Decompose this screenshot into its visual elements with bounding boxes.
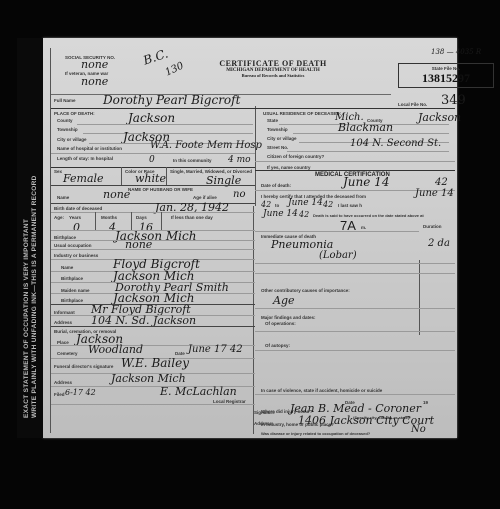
rule: [51, 108, 455, 109]
attended-from-year: 42: [261, 200, 271, 209]
death-occurred-text: Death is said to have occurred on the da…: [313, 213, 424, 218]
rule: [255, 161, 455, 162]
rule: [131, 212, 132, 230]
spouse-age: no: [233, 189, 245, 200]
rule: [255, 273, 455, 274]
residence-state-label: State: [267, 118, 278, 123]
citizen-label: Citizen of foreign country?: [267, 154, 324, 159]
rule: [51, 326, 255, 327]
rule: [51, 249, 255, 250]
funeral-director-address: Jackson Mich: [111, 372, 186, 385]
spouse-name: none: [103, 188, 130, 201]
registrar-signature: E. McLachlan: [160, 385, 237, 398]
certificate-title-block: CERTIFICATE OF DEATH MICHIGAN DEPARTMENT…: [193, 59, 353, 78]
deceased-name: Dorothy Pearl Bigcroft: [103, 93, 240, 107]
stay-hospital-value: 0: [149, 155, 155, 165]
date-of-death-year: 42: [435, 177, 448, 188]
age-under-day-label: If less than one day: [171, 215, 213, 220]
mother-birthplace-label: Birthplace: [61, 298, 83, 303]
state-file-box: State File No. 13815297: [398, 63, 494, 88]
age-label: Age:: [54, 215, 64, 220]
rule: [255, 350, 455, 351]
death-county-label: County: [57, 118, 73, 123]
sex-value: Female: [63, 172, 104, 185]
signature-label: Signature: [254, 410, 275, 415]
rule: [287, 151, 449, 152]
margin-note-permanent: WRITE PLAINLY WITH UNFADING INK—THIS IS …: [31, 58, 39, 418]
industry-label: Industry or business: [54, 253, 98, 258]
age-months-label: Months: [101, 215, 117, 220]
spouse-section-label: NAME OF HUSBAND OR WIFE: [128, 187, 193, 192]
rule: [51, 240, 255, 241]
stay-community-value: 4 mo: [228, 155, 251, 165]
spouse-name-label: Name: [57, 195, 69, 200]
full-name-label: Full Name: [54, 98, 76, 103]
violence-label: In case of violence, state if accident, …: [261, 388, 382, 393]
rule: [293, 133, 449, 134]
death-certificate: EXACT STATEMENT OF OCCUPATION IS VERY IM…: [43, 38, 457, 438]
local-file-number: 349: [441, 93, 466, 108]
stay-hospital-label: Length of stay: In hospital: [57, 156, 113, 161]
death-township-label: Township: [57, 127, 78, 132]
cemetery-label: Cemetery: [57, 351, 78, 356]
age-days-label: Days: [136, 215, 147, 220]
informant-address-label: Address: [54, 320, 72, 325]
bureau-name: Bureau of Records and Statistics: [193, 73, 353, 78]
rule: [51, 167, 255, 168]
attended-to-year: 42: [323, 200, 333, 209]
stay-community-label: In this community: [173, 158, 212, 163]
margin-strip: EXACT STATEMENT OF OCCUPATION IS VERY IM…: [17, 38, 43, 438]
immediate-cause-note: (Lobar): [319, 250, 357, 261]
rule: [51, 404, 255, 405]
operations-label: Of operations:: [265, 321, 296, 326]
funeral-director-address-label: Address: [54, 380, 72, 385]
duration-column-line: [419, 260, 420, 335]
violence-year-label: 19: [423, 400, 428, 405]
autopsy-label: Of autopsy:: [265, 343, 290, 348]
attended-from: June 14: [415, 188, 454, 199]
certifier-address: 1406 Jackson City Court: [298, 414, 434, 427]
duration-label: Duration: [423, 224, 442, 229]
rule: [166, 167, 167, 185]
annotation-number: 130: [164, 60, 186, 78]
hospital-label: Name of hospital or institution: [57, 146, 122, 151]
contributory-cause: Age: [273, 294, 295, 307]
attended-to: June 14: [288, 198, 323, 208]
age-years-label: Years: [69, 215, 81, 220]
certificate-title: CERTIFICATE OF DEATH: [193, 59, 353, 68]
rule: [255, 331, 455, 332]
margin-note-occupation: EXACT STATEMENT OF OCCUPATION IS VERY IM…: [23, 58, 31, 418]
rule: [121, 167, 122, 185]
residence-street: 104 N. Second St.: [350, 138, 441, 149]
annotation-bc: B.C.: [141, 46, 169, 67]
father-name-label: Name: [61, 265, 73, 270]
rule: [255, 394, 455, 395]
time-suffix: m.: [361, 225, 366, 230]
funeral-director-signature: W.E. Bailey: [121, 356, 189, 370]
certifier-address-label: Address: [254, 421, 272, 426]
filed-date: 6-17 42: [65, 388, 96, 397]
spouse-age-label: Age if alive: [193, 195, 217, 200]
death-county: Jackson: [128, 111, 175, 125]
veteran-value: none: [81, 75, 108, 88]
rule: [51, 153, 255, 154]
father-birthplace-label: Birthplace: [61, 276, 83, 281]
rule: [161, 212, 162, 230]
birth-date-label: Birth date of deceased: [54, 206, 102, 211]
cemetery-name: Woodland: [88, 343, 143, 356]
funeral-director-label: Funeral director's signature: [54, 364, 113, 369]
state-file-number: 13815297: [399, 71, 493, 85]
center-divider-top: [255, 106, 256, 206]
last-saw-date: June 14: [263, 209, 298, 219]
local-file-label: Local File No.: [398, 102, 427, 107]
filed-label: Filed: [54, 392, 65, 397]
rule: [255, 308, 455, 309]
margin-instructions: EXACT STATEMENT OF OCCUPATION IS VERY IM…: [23, 58, 39, 418]
last-saw-year: 42: [299, 210, 309, 219]
death-city-label: City or village: [57, 137, 87, 142]
rule: [255, 231, 419, 232]
date-of-death-label: Date of death:: [261, 183, 291, 188]
attended-to-label: to: [275, 203, 279, 208]
occupation-related-label: Was disease or injury related to occupat…: [261, 431, 370, 436]
rule: [255, 170, 455, 171]
residence-county: Jackson: [418, 111, 461, 124]
contributory-label: Other contributory causes of importance:: [261, 288, 350, 293]
duration-value: 2 da: [428, 238, 450, 249]
rule: [95, 212, 96, 230]
residence-street-label: Street No.: [267, 145, 288, 150]
rule: [255, 263, 455, 264]
residence-city-label: City or village: [267, 136, 297, 141]
rule: [77, 124, 253, 125]
last-saw-label: I last saw h: [338, 203, 362, 208]
residence-township-label: Township: [267, 127, 288, 132]
occupation-label: Usual occupation: [54, 243, 92, 248]
top-right-annotation: 138 — 4035 R: [431, 48, 481, 56]
social-security-value: none: [81, 58, 108, 71]
rule: [51, 185, 255, 186]
rule: [51, 212, 255, 213]
age-years: 0: [73, 221, 80, 234]
major-findings-label: Major findings and dates:: [261, 315, 316, 320]
burial-date: June 17 42: [188, 344, 243, 355]
hospital-name: W.A. Foote Mem Hosp: [150, 140, 262, 151]
residence-section-label: USUAL RESIDENCE OF DECEASED:: [263, 111, 341, 116]
date-of-death: June 14: [343, 175, 389, 189]
color-value: white: [135, 172, 166, 185]
place-of-death-label: PLACE OF DEATH:: [54, 111, 95, 116]
sex-label: Sex: [54, 169, 62, 174]
